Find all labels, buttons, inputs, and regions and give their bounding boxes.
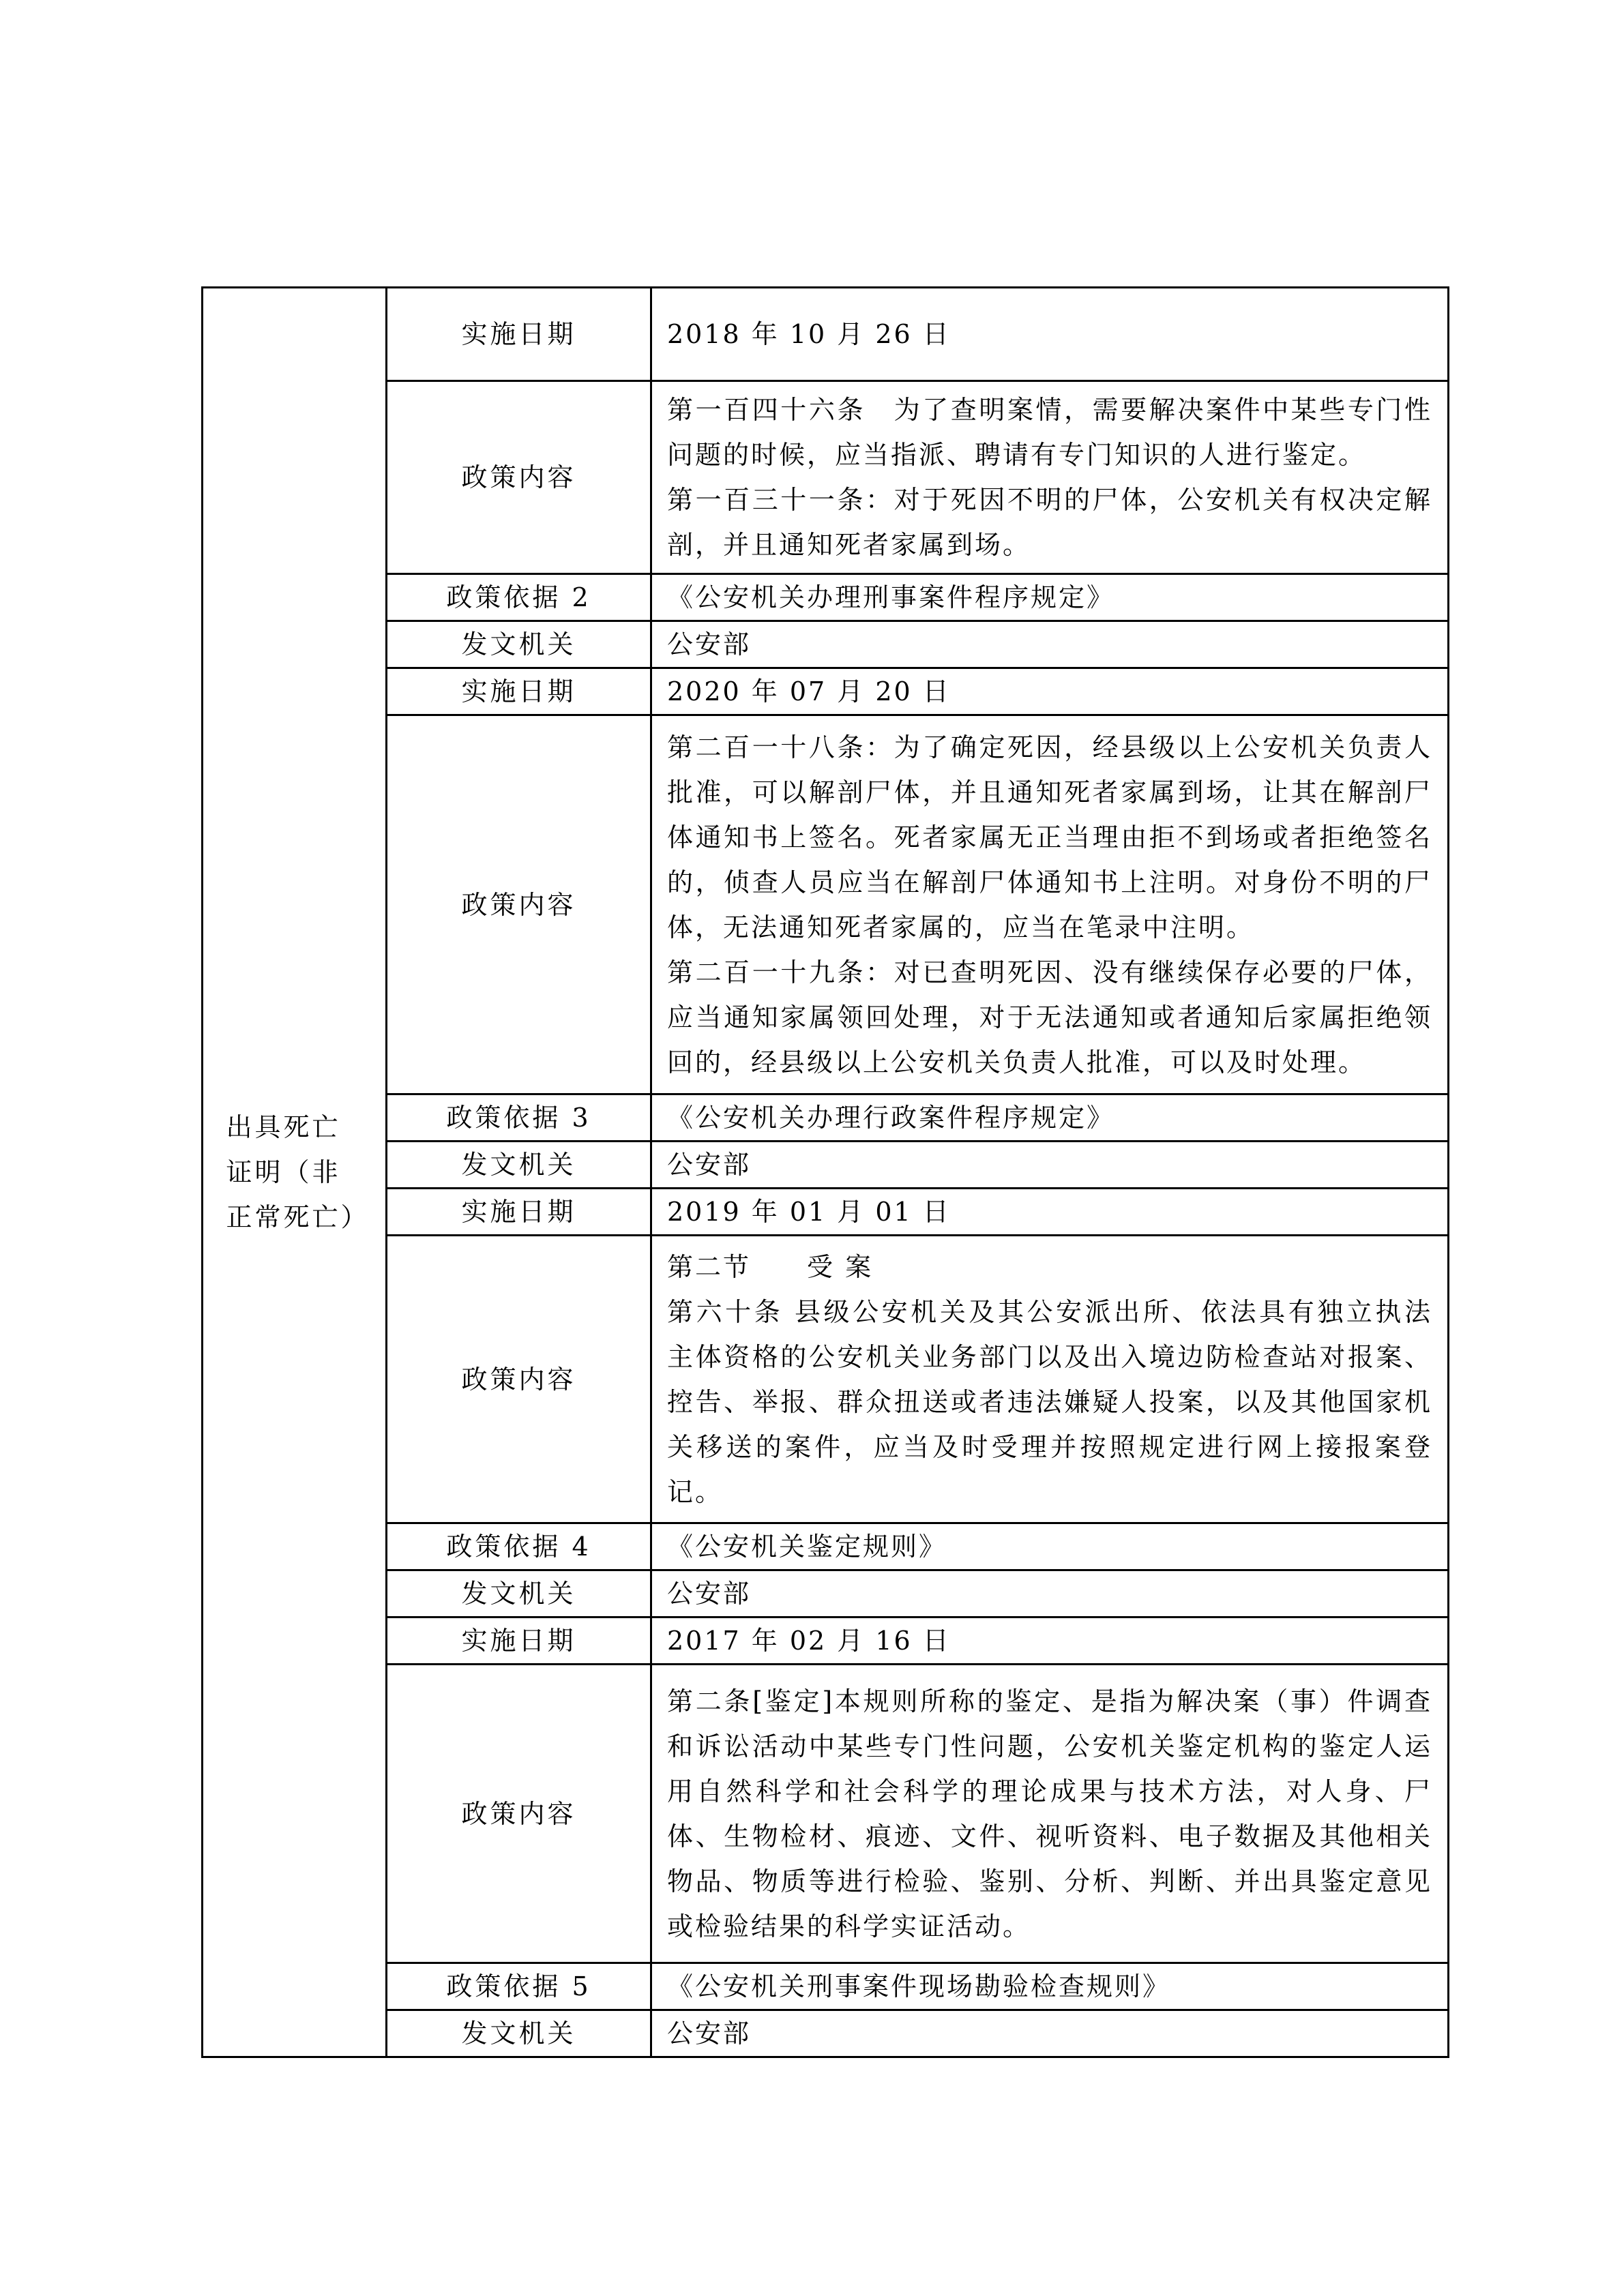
content-paragraph: 第六十条 县级公安机关及其公安派出所、依法具有独立执法主体资格的公安机关业务部门… [667, 1289, 1432, 1515]
issuing-authority: 公安部 [651, 2010, 1449, 2057]
row-label: 实施日期 [387, 1617, 651, 1665]
table-row: 实施日期 2019 年 01 月 01 日 [203, 1189, 1449, 1236]
row-label: 发文机关 [387, 621, 651, 668]
table-row: 实施日期 2017 年 02 月 16 日 [203, 1617, 1449, 1665]
table-row: 政策内容 第一百四十六条 为了查明案情，需要解决案件中某些专门性问题的时候，应当… [203, 381, 1449, 574]
policy-basis: 《公安机关刑事案件现场勘验检查规则》 [651, 1963, 1449, 2010]
row-label: 实施日期 [387, 668, 651, 715]
issuing-authority: 公安部 [651, 621, 1449, 668]
table-row: 政策内容 第二节 受 案 第六十条 县级公安机关及其公安派出所、依法具有独立执法… [203, 1236, 1449, 1523]
policy-content: 第二百一十八条：为了确定死因，经县级以上公安机关负责人批准，可以解剖尸体，并且通… [651, 715, 1449, 1094]
table-row: 政策依据 3 《公安机关办理行政案件程序规定》 [203, 1094, 1449, 1142]
category-cell: 出具死亡证明（非正常死亡） [203, 288, 387, 2057]
policy-table: 出具死亡证明（非正常死亡） 实施日期 2018 年 10 月 26 日 政策内容… [201, 286, 1449, 2058]
row-label: 政策内容 [387, 1665, 651, 1963]
table-row: 发文机关 公安部 [203, 621, 1449, 668]
content-paragraph: 第二条[鉴定]本规则所称的鉴定、是指为解决案（事）件调查和诉讼活动中某些专门性问… [667, 1679, 1432, 1949]
issuing-authority: 公安部 [651, 1142, 1449, 1189]
issuing-authority: 公安部 [651, 1570, 1449, 1617]
policy-content: 第二条[鉴定]本规则所称的鉴定、是指为解决案（事）件调查和诉讼活动中某些专门性问… [651, 1665, 1449, 1963]
effective-date: 2019 年 01 月 01 日 [651, 1189, 1449, 1236]
content-paragraph: 第二百一十九条：对已查明死因、没有继续保存必要的尸体，应当通知家属领回处理，对于… [667, 950, 1432, 1085]
content-paragraph: 第一百四十六条 为了查明案情，需要解决案件中某些专门性问题的时候，应当指派、聘请… [667, 387, 1432, 477]
table-row: 政策内容 第二条[鉴定]本规则所称的鉴定、是指为解决案（事）件调查和诉讼活动中某… [203, 1665, 1449, 1963]
row-label: 政策依据 4 [387, 1523, 651, 1570]
table-row: 发文机关 公安部 [203, 1570, 1449, 1617]
policy-content: 第二节 受 案 第六十条 县级公安机关及其公安派出所、依法具有独立执法主体资格的… [651, 1236, 1449, 1523]
row-label: 政策内容 [387, 1236, 651, 1523]
row-label: 政策依据 2 [387, 574, 651, 621]
document-page: 出具死亡证明（非正常死亡） 实施日期 2018 年 10 月 26 日 政策内容… [0, 0, 1624, 2296]
row-label: 政策内容 [387, 715, 651, 1094]
content-paragraph: 第一百三十一条：对于死因不明的尸体，公安机关有权决定解剖，并且通知死者家属到场。 [667, 477, 1432, 567]
row-label: 政策依据 3 [387, 1094, 651, 1142]
table-row: 政策依据 4 《公安机关鉴定规则》 [203, 1523, 1449, 1570]
row-value: 2018 年 10 月 26 日 [651, 288, 1449, 381]
table-row: 出具死亡证明（非正常死亡） 实施日期 2018 年 10 月 26 日 [203, 288, 1449, 381]
row-label: 政策依据 5 [387, 1963, 651, 2010]
content-paragraph: 第二节 受 案 [667, 1244, 1432, 1289]
row-label: 实施日期 [387, 1189, 651, 1236]
row-label: 发文机关 [387, 2010, 651, 2057]
row-label: 发文机关 [387, 1570, 651, 1617]
row-label: 发文机关 [387, 1142, 651, 1189]
row-label: 实施日期 [387, 288, 651, 381]
effective-date: 2020 年 07 月 20 日 [651, 668, 1449, 715]
policy-basis: 《公安机关办理行政案件程序规定》 [651, 1094, 1449, 1142]
table-row: 发文机关 公安部 [203, 1142, 1449, 1189]
effective-date: 2017 年 02 月 16 日 [651, 1617, 1449, 1665]
policy-basis: 《公安机关办理刑事案件程序规定》 [651, 574, 1449, 621]
policy-content: 第一百四十六条 为了查明案情，需要解决案件中某些专门性问题的时候，应当指派、聘请… [651, 381, 1449, 574]
table-row: 实施日期 2020 年 07 月 20 日 [203, 668, 1449, 715]
table-row: 政策内容 第二百一十八条：为了确定死因，经县级以上公安机关负责人批准，可以解剖尸… [203, 715, 1449, 1094]
content-paragraph: 第二百一十八条：为了确定死因，经县级以上公安机关负责人批准，可以解剖尸体，并且通… [667, 725, 1432, 950]
table-row: 政策依据 5 《公安机关刑事案件现场勘验检查规则》 [203, 1963, 1449, 2010]
row-label: 政策内容 [387, 381, 651, 574]
table-row: 政策依据 2 《公安机关办理刑事案件程序规定》 [203, 574, 1449, 621]
table-row: 发文机关 公安部 [203, 2010, 1449, 2057]
category-label: 出具死亡证明（非正常死亡） [226, 1105, 363, 1240]
policy-basis: 《公安机关鉴定规则》 [651, 1523, 1449, 1570]
